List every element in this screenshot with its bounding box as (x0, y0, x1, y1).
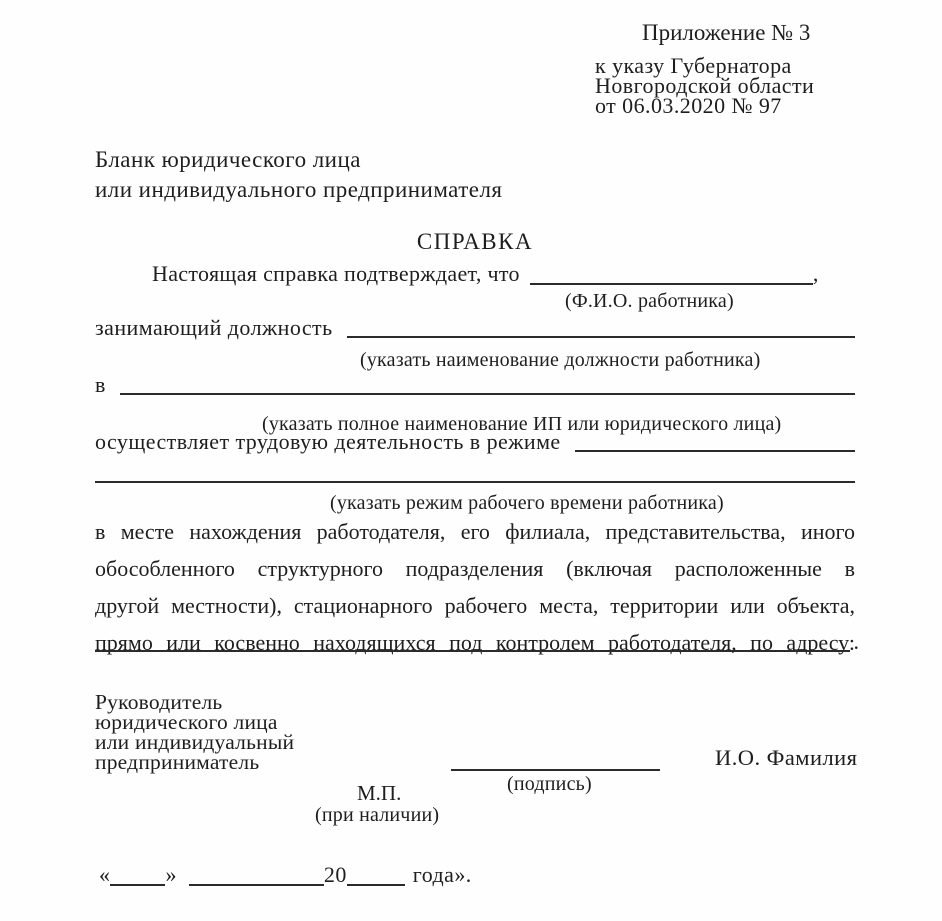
position-blank (347, 336, 855, 338)
employer-line: в (95, 372, 855, 398)
worker-name-caption: (Ф.И.О. работника) (565, 290, 734, 313)
seal-mark: М.П. (357, 781, 401, 806)
paragraph-line: другой местности), стационарного рабочег… (95, 587, 855, 624)
address-blank-line: . (95, 638, 859, 652)
intro-comma: , (813, 261, 819, 286)
signer-role-line: Руководитель (95, 692, 294, 712)
year-century: 20 (324, 862, 347, 887)
appendix-reference: Приложение № 3 к указу Губернатора Новго… (595, 21, 814, 116)
decree-line: от 06.03.2020 № 97 (595, 96, 814, 116)
regime-blank (575, 450, 855, 452)
signer-role-line: или индивидуальный (95, 732, 294, 752)
signature-blank (451, 769, 660, 771)
day-blank (110, 883, 165, 886)
seal-note: (при наличии) (315, 804, 439, 827)
regime-text: осуществляет трудовую деятельность в реж… (95, 429, 561, 455)
letterhead-line: или индивидуального предпринимателя (95, 175, 502, 205)
date-suffix: года». (413, 862, 472, 887)
position-text: занимающий должность (95, 315, 333, 341)
employer-text: в (95, 372, 106, 398)
signer-role-line: предприниматель (95, 752, 294, 772)
appendix-number: Приложение № 3 (642, 21, 814, 45)
address-period: . (854, 632, 860, 652)
date-line: «»20года». (99, 862, 472, 888)
letterhead-note: Бланк юридического лица или индивидуальн… (95, 145, 502, 205)
position-caption: (указать наименование должности работник… (360, 349, 760, 372)
paragraph-line: в месте нахождения работодателя, его фил… (95, 513, 855, 550)
paragraph-line: обособленного структурного подразделения… (95, 550, 855, 587)
month-blank (189, 883, 324, 886)
intro-text: Настоящая справка подтверждает, что (152, 261, 520, 286)
close-quote: » (165, 862, 176, 887)
document-title: СПРАВКА (95, 229, 855, 255)
document-page: Приложение № 3 к указу Губернатора Новго… (0, 0, 942, 921)
address-blank (95, 650, 850, 652)
regime-caption: (указать режим рабочего времени работник… (330, 492, 724, 515)
open-quote: « (99, 862, 110, 887)
signer-role-line: юридического лица (95, 712, 294, 732)
regime-line: осуществляет трудовую деятельность в реж… (95, 429, 855, 455)
decree-reference: к указу Губернатора Новгородской области… (595, 56, 814, 116)
letterhead-line: Бланк юридического лица (95, 145, 502, 175)
signature-caption: (подпись) (507, 773, 592, 796)
signer-role: Руководитель юридического лица или индив… (95, 692, 294, 772)
signer-name: И.О. Фамилия (715, 745, 857, 771)
employer-blank (120, 393, 855, 395)
regime-blank-continuation (95, 481, 855, 483)
worker-name-blank (530, 282, 813, 285)
year-blank (347, 883, 405, 886)
worker-name-line: Настоящая справка подтверждает, что, (95, 261, 855, 287)
position-line: занимающий должность (95, 315, 855, 341)
